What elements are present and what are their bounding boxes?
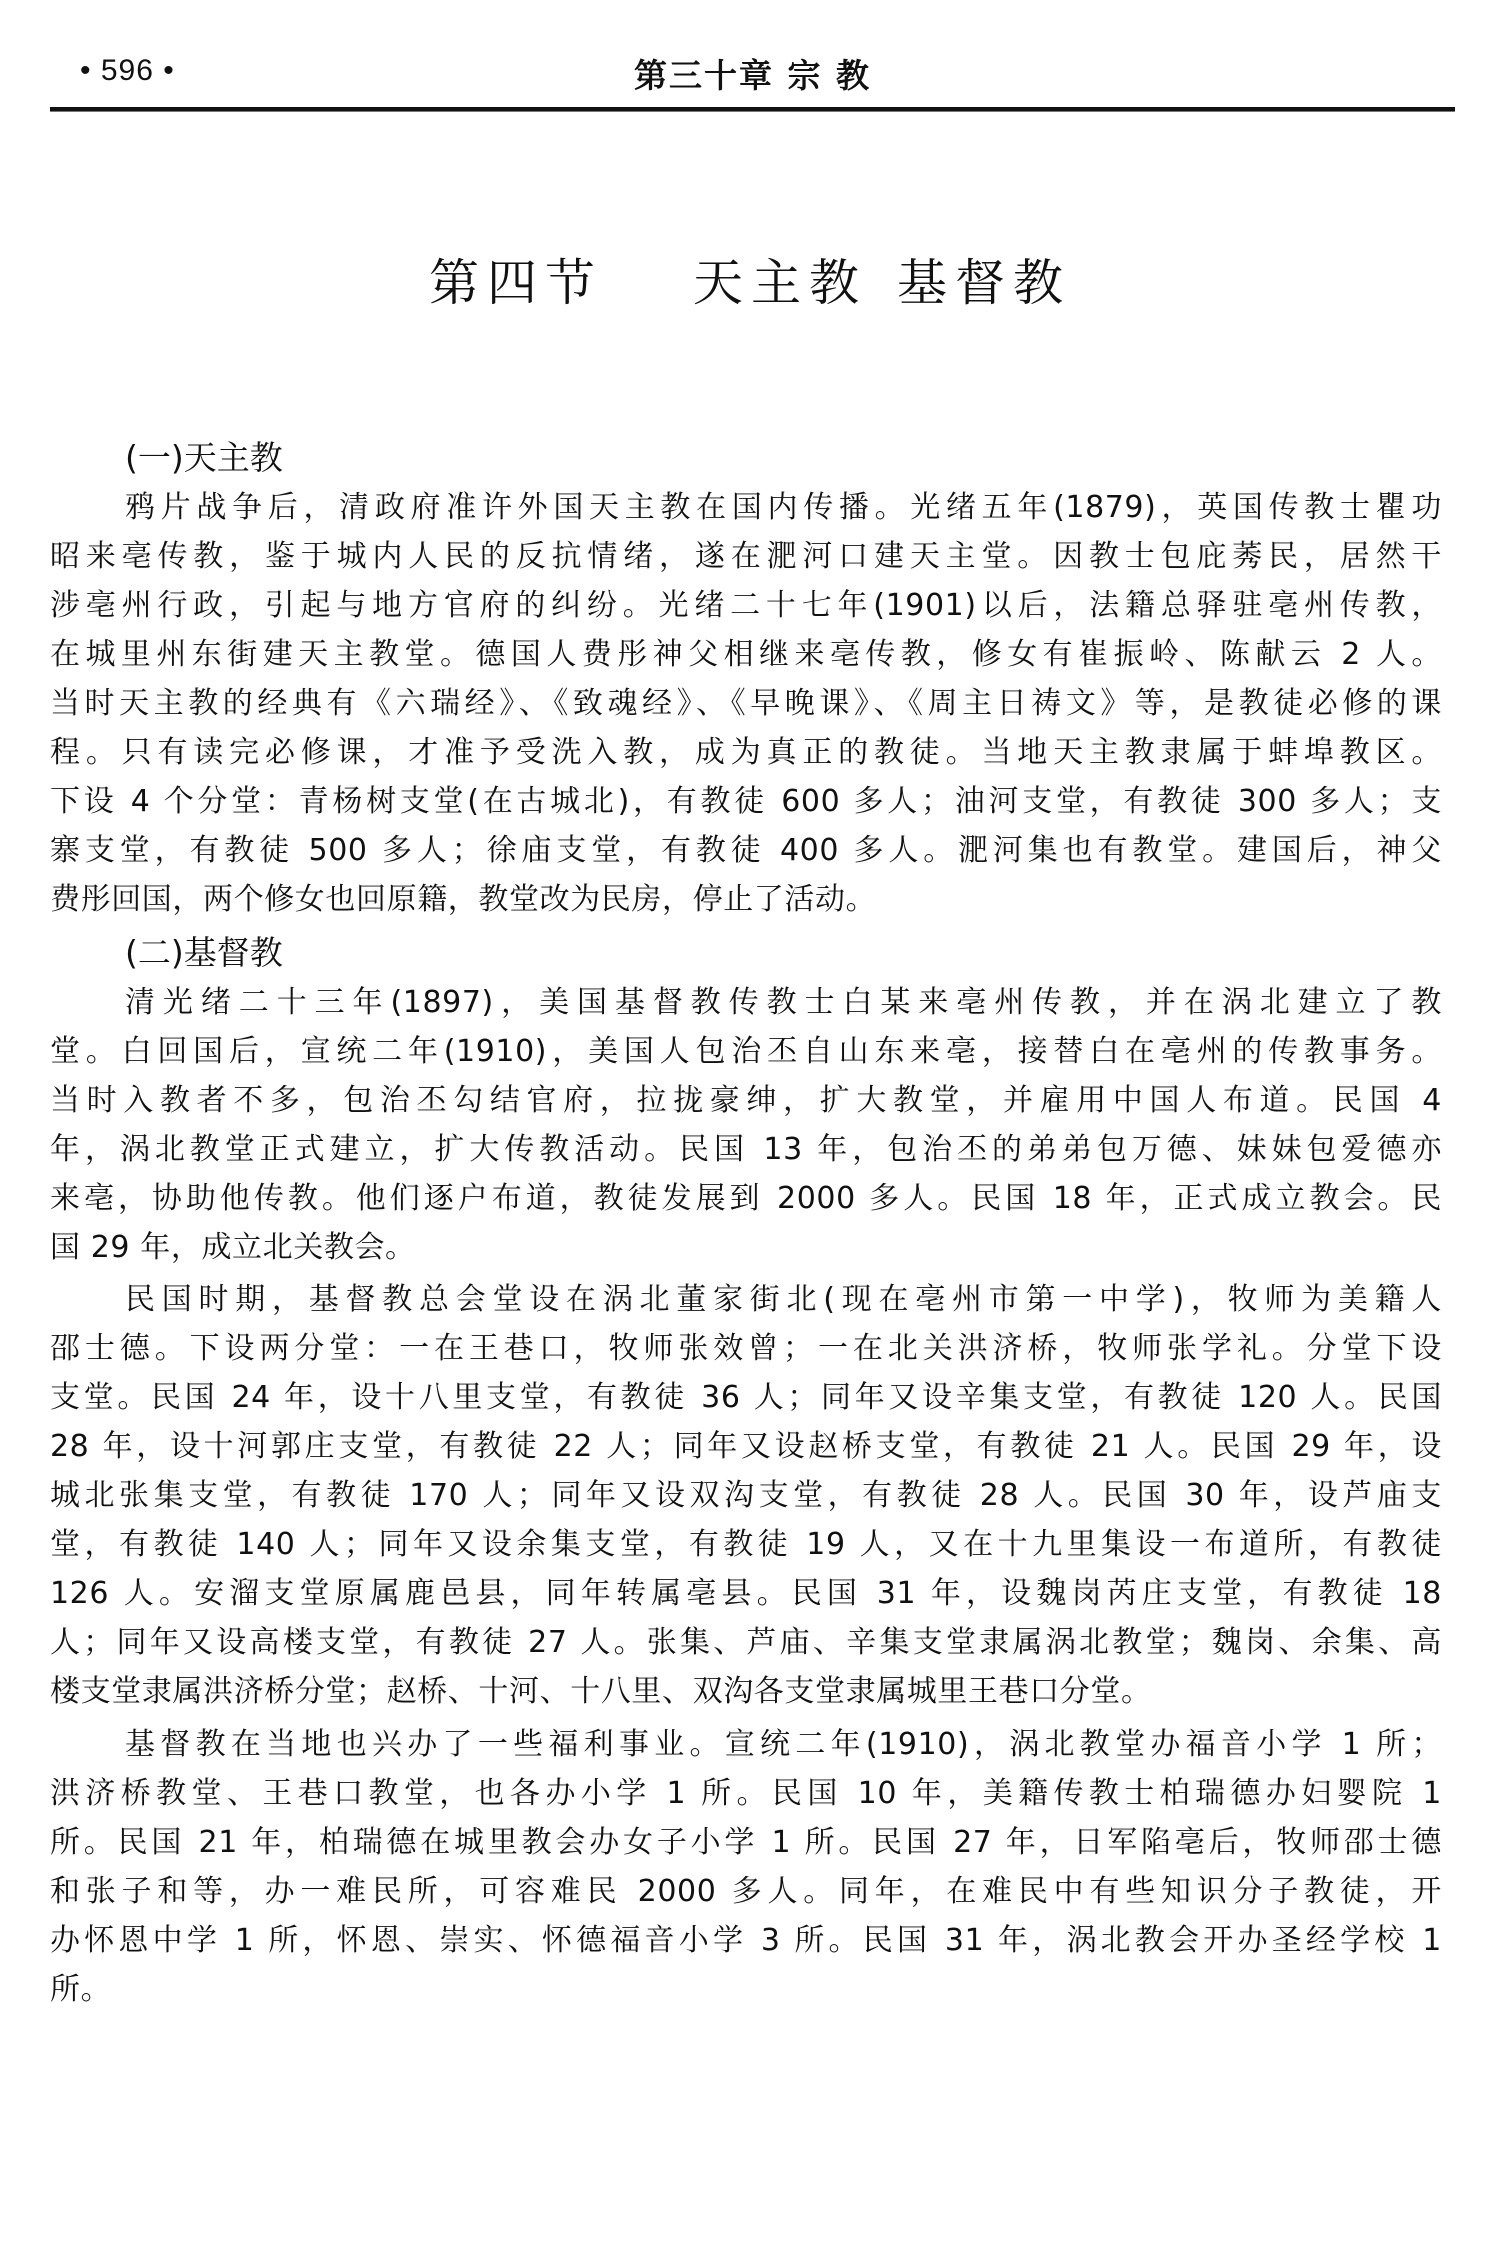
text-line: 昭来亳传教，鉴于城内人民的反抗情绪，遂在淝河口建天主堂。因教士包庇莠民，居然干 (50, 537, 1442, 577)
text-line: 城北张集支堂，有教徒 170 人；同年又设双沟支堂，有教徒 28 人。民国 30… (50, 1476, 1442, 1516)
text-line: 堂，有教徒 140 人；同年又设余集支堂，有教徒 19 人，又在十九里集设一布道… (50, 1525, 1442, 1565)
text-line: 民国时期，基督教总会堂设在涡北董家街北(现在亳州市第一中学)，牧师为美籍人 (125, 1280, 1442, 1320)
text-line: 洪济桥教堂、王巷口教堂，也各办小学 1 所。民国 10 年，美籍传教士柏瑞德办妇… (50, 1774, 1442, 1814)
text-line: 费彤回国，两个修女也回原籍，教堂改为民房，停止了活动。 (50, 880, 1442, 920)
text-line: 人；同年又设高楼支堂，有教徒 27 人。张集、芦庙、辛集支堂隶属涡北教堂；魏岗、… (50, 1623, 1442, 1663)
chapter-title: 第三十章 宗 教 (50, 50, 1455, 97)
text-line: 年，涡北教堂正式建立，扩大传教活动。民国 13 年，包治丕的弟弟包万德、妹妹包爱… (50, 1130, 1442, 1170)
text-line: 堂。白回国后，宣统二年(1910)，美国人包治丕自山东来亳，接替白在亳州的传教事… (50, 1032, 1442, 1072)
section-topic-catholicism: 天主教 (693, 254, 867, 312)
text-line: 在城里州东街建天主教堂。德国人费彤神父相继来亳传教，修女有崔振岭、陈献云 2 人… (50, 635, 1442, 675)
text-line: 程。只有读完必修课，才准予受洗入教，成为真正的教徒。当地天主教隶属于蚌埠教区。 (50, 733, 1442, 773)
text-line: 126 人。安溜支堂原属鹿邑县，同年转属亳县。民国 31 年，设魏岗芮庄支堂，有… (50, 1574, 1442, 1614)
section-number: 第四节 (429, 254, 603, 312)
text-line: 鸦片战争后，清政府准许外国天主教在国内传播。光绪五年(1879)，英国传教士瞿功 (125, 488, 1442, 528)
running-header: • 596 • 第三十章 宗 教 (50, 40, 1455, 110)
text-line: 当时入教者不多，包治丕勾结官府，拉拢豪绅，扩大教堂，并雇用中国人布道。民国 4 (50, 1081, 1442, 1121)
text-line: 28 年，设十河郭庄支堂，有教徒 22 人；同年又设赵桥支堂，有教徒 21 人。… (50, 1427, 1442, 1467)
text-line: 楼支堂隶属洪济桥分堂；赵桥、十河、十八里、双沟各支堂隶属城里王巷口分堂。 (50, 1672, 1442, 1712)
text-line: 基督教在当地也兴办了一些福利事业。宣统二年(1910)，涡北教堂办福音小学 1 … (125, 1725, 1442, 1765)
text-line: 寨支堂，有教徒 500 多人；徐庙支堂，有教徒 400 多人。淝河集也有教堂。建… (50, 831, 1442, 871)
text-line: 支堂。民国 24 年，设十八里支堂，有教徒 36 人；同年又设辛集支堂，有教徒 … (50, 1378, 1442, 1418)
text-line: 涉亳州行政，引起与地方官府的纠纷。光绪二十七年(1901)以后，法籍总驿驻亳州传… (50, 586, 1442, 626)
subsection-heading-catholicism: (一)天主教 (125, 432, 283, 479)
text-line: 和张子和等，办一难民所，可容难民 2000 多人。同年，在难民中有些知识分子教徒… (50, 1872, 1442, 1912)
subsection-heading-christianity: (二)基督教 (125, 927, 283, 974)
text-line: 所。民国 21 年，柏瑞德在城里教会办女子小学 1 所。民国 27 年，日军陷亳… (50, 1823, 1442, 1863)
text-line: 办怀恩中学 1 所，怀恩、崇实、怀德福音小学 3 所。民国 31 年，涡北教会开… (50, 1921, 1442, 1961)
text-line: 清光绪二十三年(1897)，美国基督教传教士白某来亳州传教，并在涡北建立了教 (125, 983, 1442, 1023)
header-rule (50, 107, 1455, 112)
section-topic-christianity: 基督教 (897, 254, 1071, 312)
text-line: 所。 (50, 1970, 1442, 2010)
text-line: 当时天主教的经典有《六瑞经》、《致魂经》、《早晚课》、《周主日祷文》等，是教徒必… (50, 684, 1442, 724)
text-line: 下设 4 个分堂：青杨树支堂(在古城北)，有教徒 600 多人；油河支堂，有教徒… (50, 782, 1442, 822)
text-line: 国 29 年，成立北关教会。 (50, 1228, 1442, 1268)
text-line: 邵士德。下设两分堂：一在王巷口，牧师张效曾；一在北关洪济桥，牧师张学礼。分堂下设 (50, 1329, 1442, 1369)
text-line: 来亳，协助他传教。他们逐户布道，教徒发展到 2000 多人。民国 18 年，正式… (50, 1179, 1442, 1219)
section-title: 第四节天主教基督教 (0, 243, 1500, 315)
